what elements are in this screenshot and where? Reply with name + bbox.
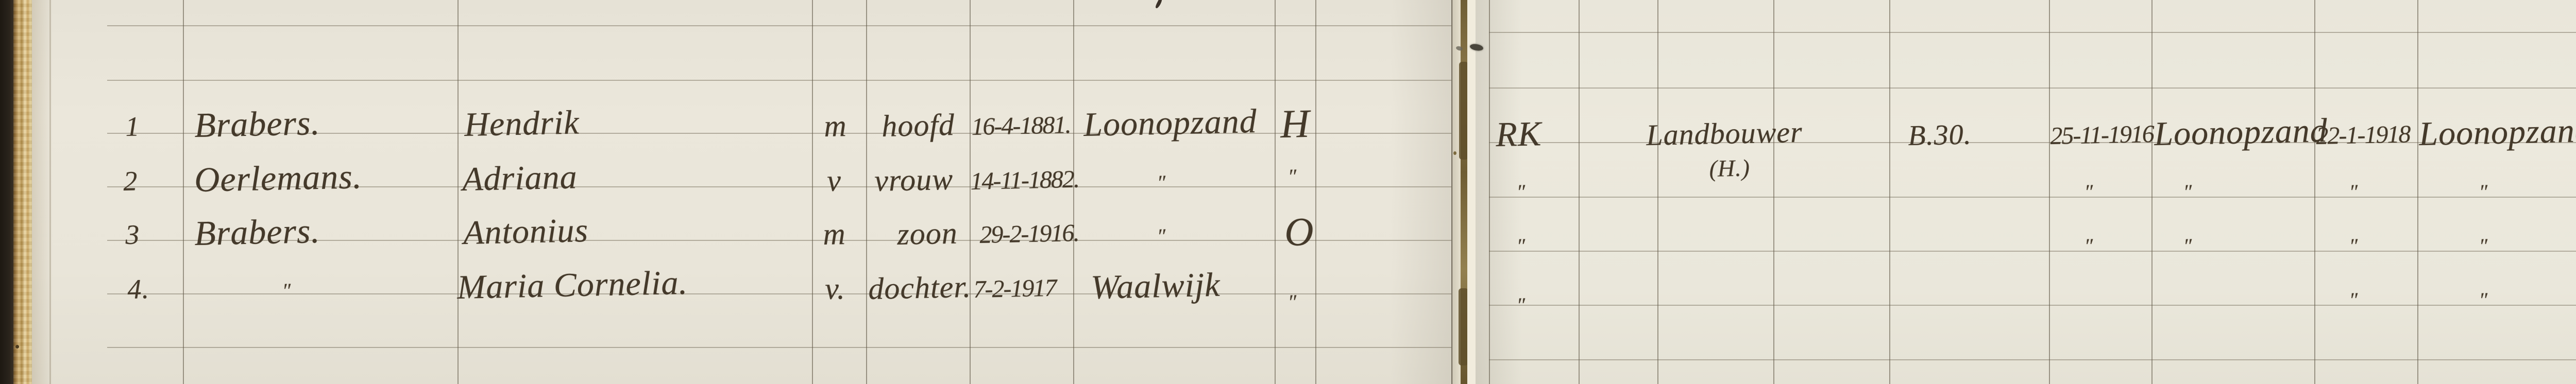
cell-relation-row3: zoon — [897, 218, 958, 250]
cell-first-name-row2: Adriana — [462, 160, 578, 197]
cell-surname-row2: Oerlemans. — [194, 159, 363, 197]
cell-date-settled-row2: ″ — [2084, 182, 2092, 202]
cell-sex-row3: m — [823, 218, 846, 250]
cell-surname-row3: Brabers. — [194, 213, 320, 251]
cell-religion-row1: RK — [1496, 116, 1542, 152]
cell-place-to-row1: Loonopzand — [2419, 114, 2576, 151]
cell-religion-row2: ″ — [1516, 182, 1526, 202]
cell-nr-row4: 4. — [127, 275, 150, 303]
cell-place-to-row2: ″ — [2479, 182, 2488, 202]
cell-occupation-row1: Landbouwer — [1646, 117, 1803, 150]
cell-marital-status-row3: O — [1284, 212, 1314, 252]
cell-date-left-row3: ″ — [2349, 236, 2357, 256]
handwriting-layer: 1Brabers.Hendrikmhoofd16-4-1881.Loonopza… — [0, 0, 2576, 384]
cell-sex-row4: v. — [825, 273, 845, 304]
cell-birth-place-row2: ″ — [1157, 172, 1166, 193]
cell-relation-row1: hoofd — [882, 109, 955, 142]
cell-nr-row2: 2 — [123, 167, 138, 195]
cell-birth-date-row1: 16-4-1881. — [971, 113, 1071, 139]
cell-sex-row2: v — [827, 165, 842, 196]
cell-nr-row3: 3 — [125, 220, 140, 249]
cell-first-name-row4: Maria Cornelia. — [457, 266, 688, 305]
binding-speck — [1453, 151, 1456, 155]
cell-occupation-note-row1: (H.) — [1709, 156, 1750, 181]
cell-birth-place-row1: Loonopzand — [1083, 104, 1258, 142]
cell-surname-row1: Brabers. — [194, 105, 320, 143]
cell-birth-place-row3: ″ — [1157, 226, 1166, 247]
cell-birth-date-row3: 29-2-1916. — [979, 221, 1079, 248]
cell-place-from-row3: ″ — [2183, 236, 2192, 256]
cell-surname-row4: ″ — [282, 281, 291, 301]
cell-birth-place-row4: Waalwijk — [1091, 268, 1221, 305]
cell-relation-row4: dochter. — [868, 271, 972, 304]
cell-birth-date-row2: 14-11-1882. — [970, 167, 1079, 194]
cell-date-left-row4: ″ — [2349, 290, 2357, 310]
edge-speck — [15, 345, 19, 348]
cell-place-to-row3: ″ — [2479, 236, 2488, 256]
cell-marital-status-row2: ″ — [1287, 166, 1297, 187]
cell-relation-row2: vrouw — [874, 164, 954, 196]
cell-place-from-row2: ″ — [2183, 182, 2192, 202]
cell-first-name-row1: Hendrik — [464, 106, 580, 142]
cell-place-from-row1: Loonopzand — [2154, 114, 2328, 151]
cell-date-settled-row1: 25-11-1916 — [2050, 122, 2154, 149]
cell-date-settled-row3: ″ — [2084, 236, 2092, 256]
cell-date-left-row2: ″ — [2349, 182, 2357, 202]
cell-date-left-row1: 22-1-1918 — [2316, 122, 2410, 149]
cell-place-to-row4: ″ — [2479, 290, 2488, 310]
cell-religion-row3: ″ — [1516, 236, 1526, 256]
cell-religion-row4: ″ — [1516, 295, 1526, 316]
cell-first-name-row3: Antonius — [463, 214, 589, 250]
cell-sex-row1: m — [824, 110, 848, 142]
cell-marital-status-row1: H — [1280, 103, 1310, 144]
cell-house-number-row1: B.30. — [1908, 120, 1972, 150]
cell-marital-status-row4: ″ — [1287, 292, 1297, 312]
cell-nr-row1: 1 — [125, 112, 140, 141]
cell-birth-date-row4: 7-2-1917 — [973, 276, 1056, 302]
